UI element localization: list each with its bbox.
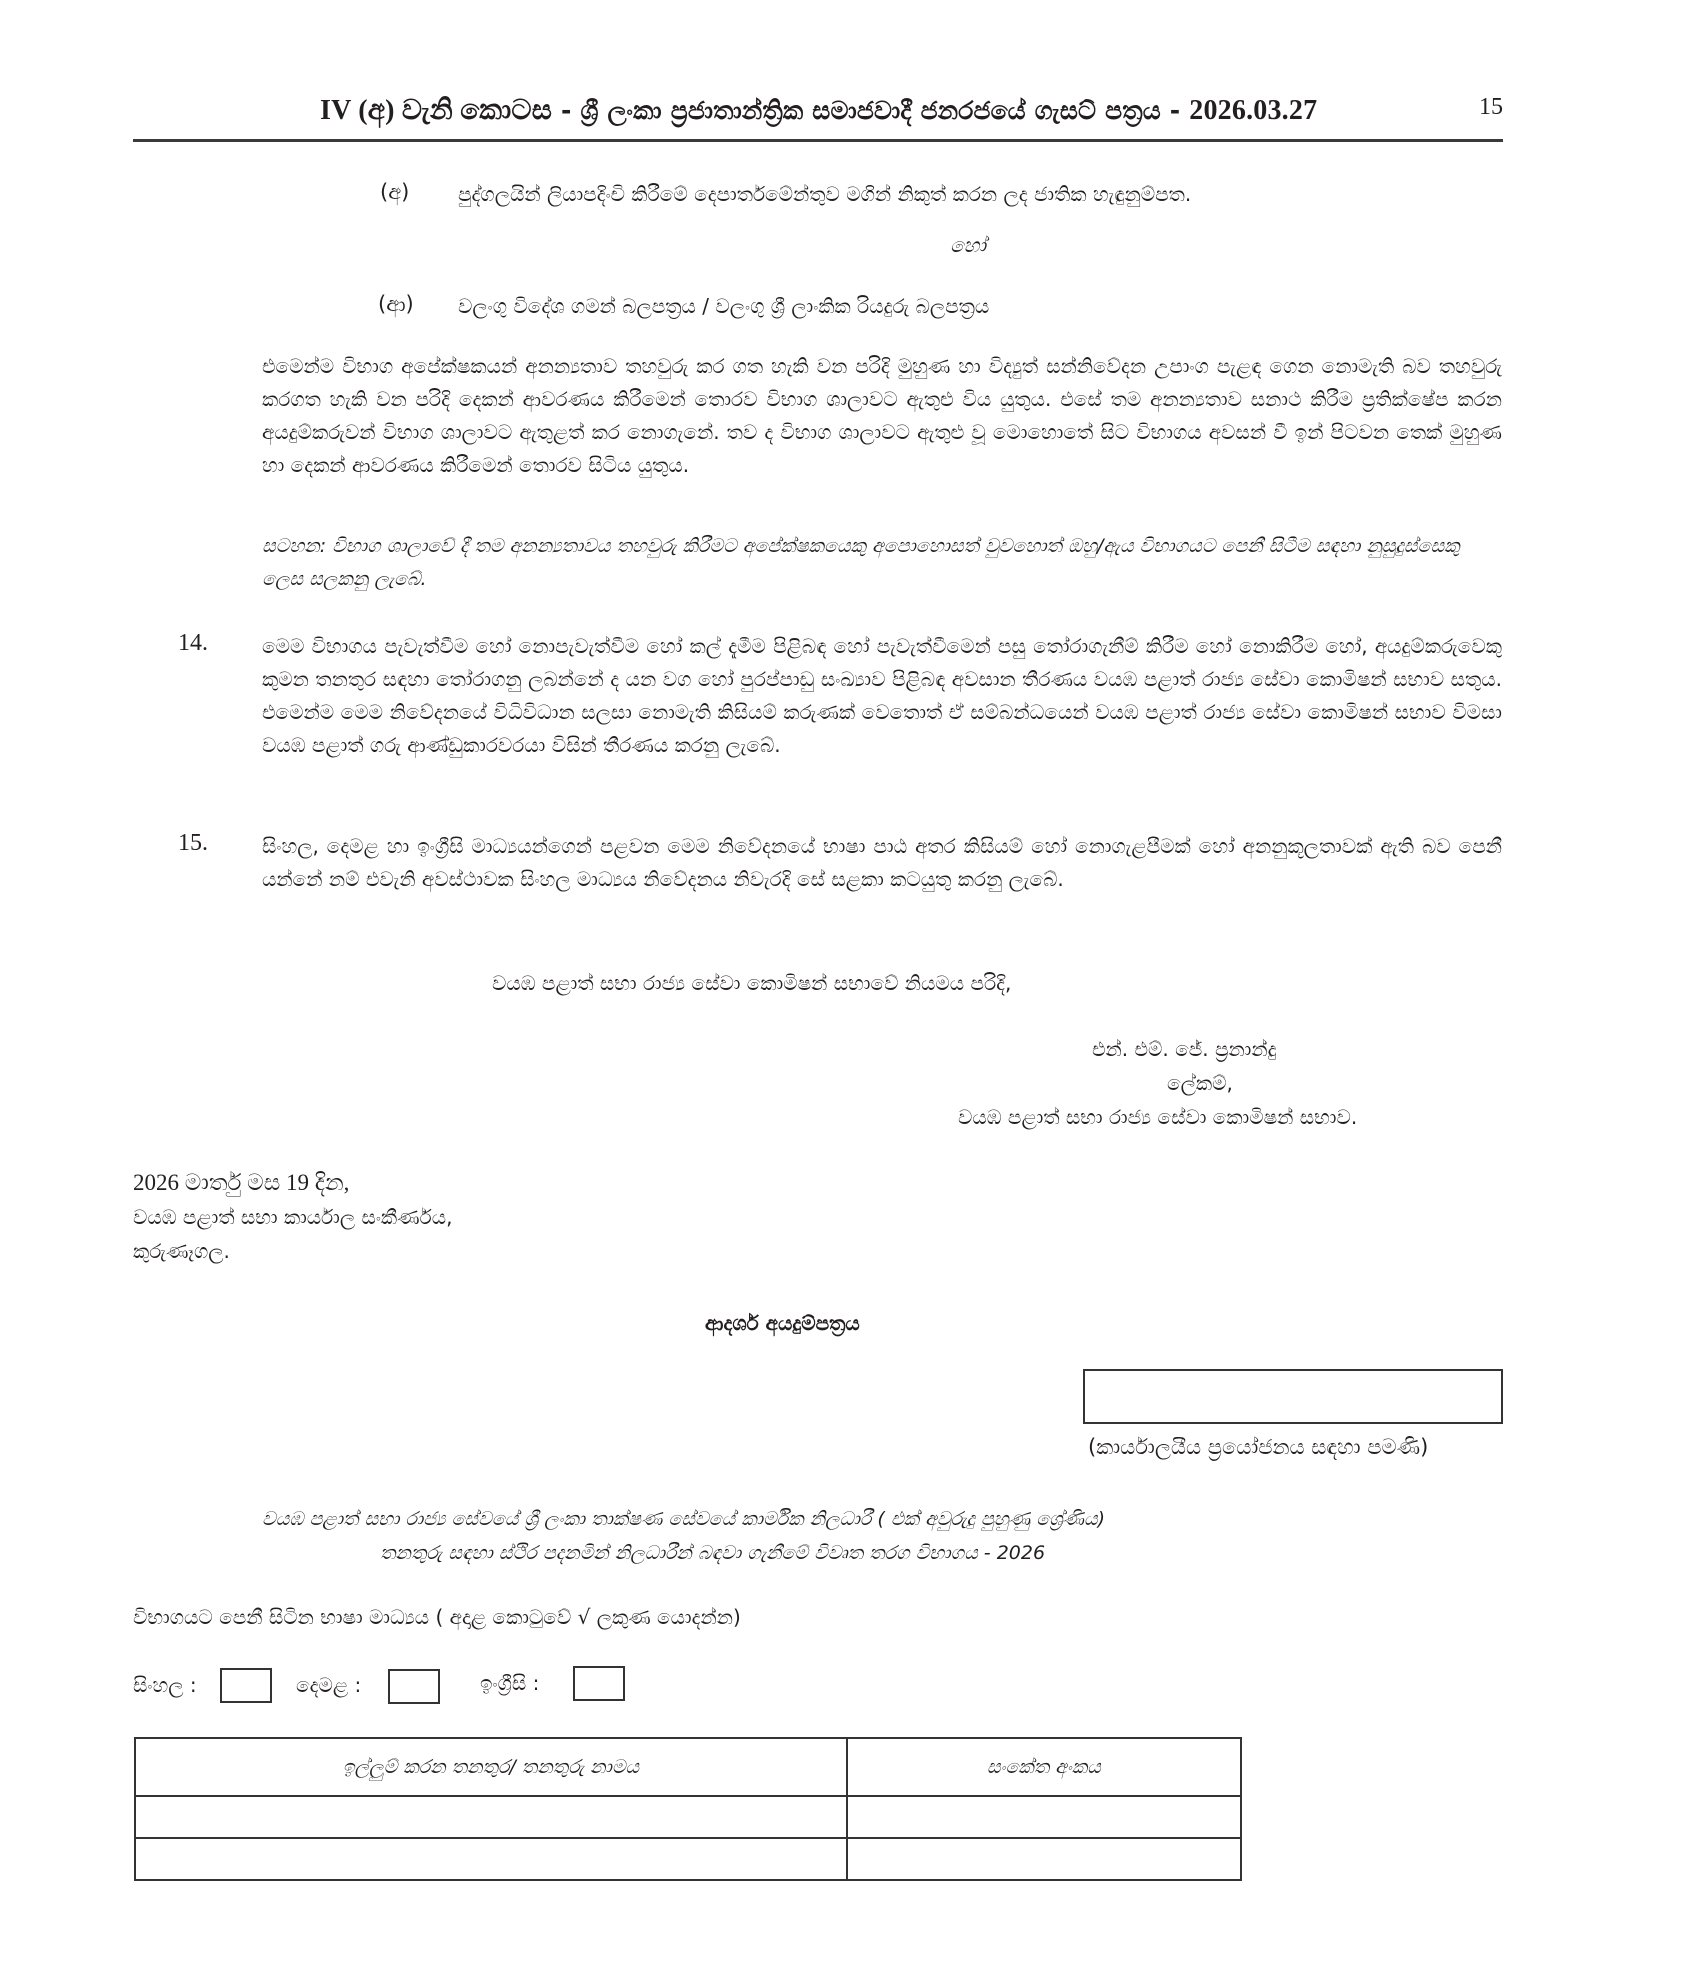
note-paragraph: සටහන: විභාග ශාලාවේ දී තම අනන්‍යතාවය තහවු… [262,530,1502,596]
medium-instruction: විභාගයට පෙනී සිටින භාෂා මාධ්‍යය ( අදාළ ක… [133,1600,741,1634]
code-number-cell[interactable] [847,1838,1241,1880]
id-option-a-marker: (අ) [380,180,409,205]
gazette-title: ශ්‍රී ලංකා ප්‍රජාතාන්ත්‍රික සමාජවාදී ජනර… [580,96,1160,125]
gazette-date: 2026.03.27 [1189,95,1317,126]
header-divider [133,139,1503,142]
issue-date: 2026 මාර්තු මස 19 දින, [133,1166,349,1200]
post-name-cell[interactable] [135,1838,847,1880]
id-option-b-marker: (ආ) [378,292,414,317]
identity-paragraph: එමෙන්ම විභාග අපේක්ෂකයන් අනන්‍යතාව තහවුරු… [262,350,1502,482]
medium-sinhala-checkbox[interactable] [220,1668,272,1703]
part-label: IV (අ) වැනි කොටස [320,95,552,126]
clause-15-number: 15. [178,830,208,857]
medium-sinhala-label: සිංහල : [133,1668,197,1702]
medium-english-label: ඉංග්‍රීසි : [480,1666,539,1700]
issue-city: කුරුණෑගල. [133,1234,230,1268]
signatory-organization: වයඹ පළාත් සභා රාජ්‍ය සේවා කොමිෂන් සභාව. [958,1100,1357,1134]
exam-title-line-2: තනතුරු සඳහා ස්ථිර පදනමින් නිලධාරීන් බඳවා… [380,1536,1045,1570]
clause-15-text: සිංහල, දෙමළ හා ඉංග්‍රීසි මාධ්‍යයන්ගෙන් ප… [262,830,1502,896]
post-name-cell[interactable] [135,1796,847,1838]
issue-office: වයඹ පළාත් සභා කාර්යාල සංකීර්ණය, [133,1200,452,1234]
post-name-header: ඉල්ලුම් කරන තනතුර/ තනතුරු නාමය [135,1738,847,1796]
table-row [135,1838,1241,1880]
signatory-title: ලේකම්, [1167,1066,1233,1100]
form-title: ආදර්ශ අයදුම්පත්‍රය [705,1306,860,1340]
exam-title-line-1: වයඹ පළාත් සභා රාජ්‍ය සේවයේ ශ්‍රී ලංකා තා… [262,1502,1105,1536]
code-number-cell[interactable] [847,1796,1241,1838]
code-number-header: සංකේත අංකය [847,1738,1241,1796]
table-row [135,1796,1241,1838]
medium-tamil-checkbox[interactable] [388,1669,440,1704]
clause-14-number: 14. [178,630,208,657]
closing-line: වයඹ පළාත් සභා රාජ්‍ය සේවා කොමිෂන් සභාවේ … [492,966,1011,1000]
signatory-name: එන්. එම්. ජේ. ප්‍රනාන්දු [1092,1032,1277,1066]
id-option-a-text: පුද්ගලයින් ලියාපදිංචි කිරීමේ දෙපාර්තමේන්… [458,177,1191,211]
medium-english-checkbox[interactable] [573,1666,625,1701]
page-number: 15 [1479,94,1503,121]
office-use-label: (කාර්යාලයීය ප්‍රයෝජනය සඳහා පමණි) [1088,1430,1428,1464]
post-application-table: ඉල්ලුම් කරන තනතුර/ තනතුරු නාමය සංකේත අංක… [134,1737,1242,1881]
medium-tamil-label: දෙමළ : [296,1668,361,1702]
id-option-b-text: වලංගු විදේශ ගමන් බලපත්‍රය / වලංගු ශ්‍රී … [458,289,989,323]
office-use-box [1083,1369,1503,1424]
gazette-header-title: IV (අ) වැනි කොටස - ශ්‍රී ලංකා ප්‍රජාතාන්… [320,95,1317,127]
clause-14-text: මෙම විභාගය පැවැත්වීම හෝ නොපැවැත්වීම හෝ ක… [262,630,1502,762]
or-text: හෝ [950,228,986,262]
